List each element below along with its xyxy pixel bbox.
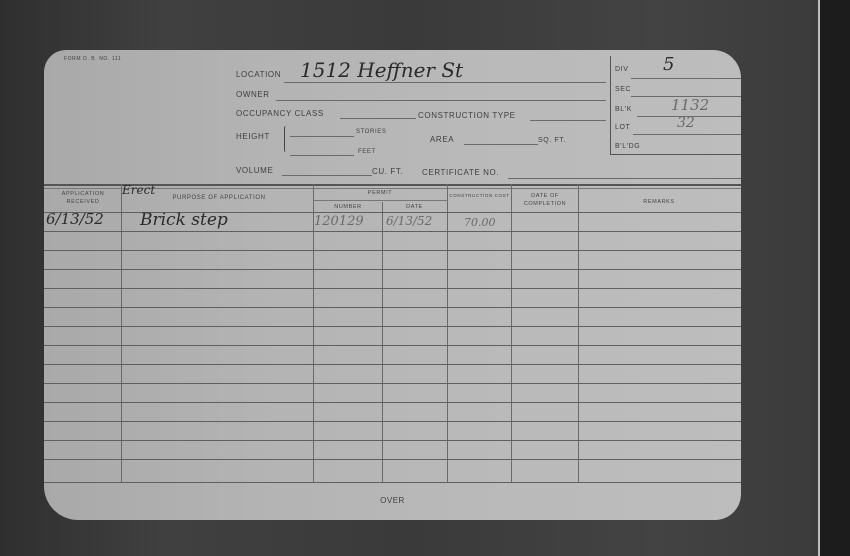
permit-number-value: 120129 <box>314 214 364 229</box>
header-permit: PERMIT <box>314 189 446 197</box>
construction-type-line <box>530 120 606 121</box>
purpose-note: Erect <box>122 183 155 197</box>
permit-table: APPLICATION RECEIVED PURPOSE OF APPLICAT… <box>44 184 741 484</box>
area-line <box>464 144 538 145</box>
col-divider <box>511 184 512 482</box>
div-label: DIV <box>615 66 628 73</box>
feet-line <box>290 155 354 156</box>
header-date-of-completion: DATE OF COMPLETION <box>512 192 578 208</box>
lot-info-box: DIV 5 SEC BL'K 1132 LOT 32 B'L'DG <box>610 56 741 155</box>
col-divider <box>578 184 579 482</box>
sec-label: SEC <box>615 86 631 93</box>
header-purpose: PURPOSE OF APPLICATION <box>144 194 294 202</box>
sq-ft-label: SQ. FT. <box>538 137 566 144</box>
header-application-received: APPLICATION RECEIVED <box>46 190 120 206</box>
row-rule <box>44 326 741 327</box>
row-rule <box>44 364 741 365</box>
bldg-label: B'L'DG <box>615 143 640 150</box>
div-line <box>631 78 741 79</box>
blk-value: 1132 <box>671 96 709 114</box>
area-label: AREA <box>430 135 454 144</box>
header-permit-number: NUMBER <box>314 203 382 211</box>
row-rule <box>44 421 741 422</box>
div-value: 5 <box>663 54 674 75</box>
location-line <box>284 82 606 83</box>
certificate-line <box>508 178 741 179</box>
row-rule <box>44 345 741 346</box>
location-value: 1512 Heffner St <box>300 58 463 82</box>
certificate-label: CERTIFICATE NO. <box>422 168 499 177</box>
owner-line <box>276 100 606 101</box>
header-construction-cost: CONSTRUCTION COST <box>448 192 511 200</box>
lot-value: 32 <box>677 115 695 131</box>
row-rule <box>44 231 741 232</box>
form-number: FORM D. B. NO. 111 <box>64 56 121 62</box>
blk-label: BL'K <box>615 106 632 113</box>
construction-type-label: CONSTRUCTION TYPE <box>418 111 516 120</box>
volume-label: VOLUME <box>236 166 273 175</box>
permit-subrule <box>314 200 448 201</box>
construction-cost-value: 70.00 <box>464 216 496 229</box>
feet-label: FEET <box>358 149 376 155</box>
header-remarks: REMARKS <box>579 198 739 206</box>
permit-index-card: FORM D. B. NO. 111 LOCATION 1512 Heffner… <box>44 50 741 520</box>
row-rule <box>44 402 741 403</box>
stories-line <box>290 136 354 137</box>
row-rule <box>44 383 741 384</box>
row-rule <box>44 482 741 483</box>
occupancy-class-line <box>340 118 416 119</box>
row-rule <box>44 459 741 460</box>
lot-label: LOT <box>615 124 630 131</box>
stories-label: STORIES <box>356 129 386 135</box>
permit-date-value: 6/13/52 <box>386 214 432 228</box>
row-rule <box>44 307 741 308</box>
scan-margin <box>820 0 850 556</box>
over-footer: OVER <box>44 496 741 505</box>
location-label: LOCATION <box>236 70 281 79</box>
row-rule <box>44 250 741 251</box>
row-rule <box>44 288 741 289</box>
volume-line <box>282 175 372 176</box>
col-divider <box>121 184 122 482</box>
row-rule <box>44 269 741 270</box>
lot-line <box>633 134 741 135</box>
purpose-value: Brick step <box>140 210 228 230</box>
row-rule <box>44 440 741 441</box>
cu-ft-label: CU. FT. <box>372 167 403 176</box>
owner-label: OWNER <box>236 90 270 99</box>
height-brace <box>284 126 289 152</box>
height-label: HEIGHT <box>236 132 270 141</box>
application-received-value: 6/13/52 <box>46 210 104 228</box>
occupancy-class-label: OCCUPANCY CLASS <box>236 109 324 118</box>
header-permit-date: DATE <box>382 203 447 211</box>
col-divider <box>447 184 448 482</box>
